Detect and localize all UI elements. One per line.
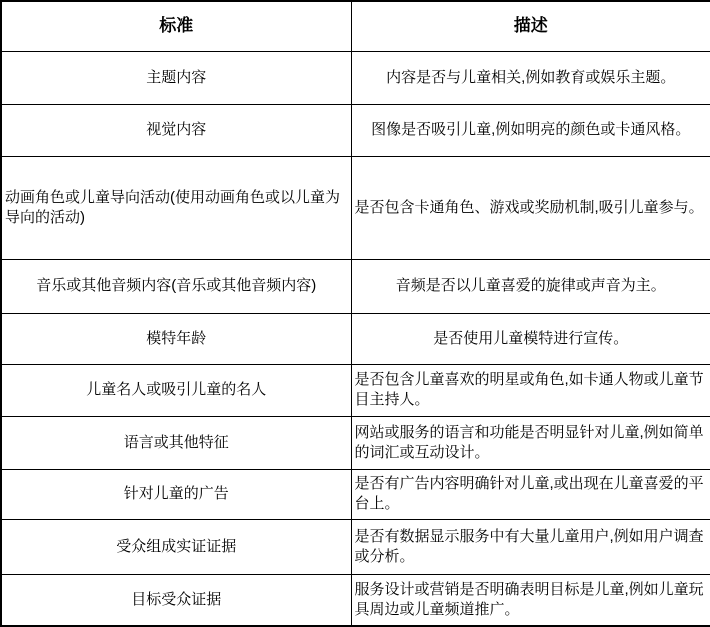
column-header-description: 描述 bbox=[351, 1, 710, 51]
criterion-cell: 针对儿童的广告 bbox=[1, 469, 351, 519]
description-cell: 网站或服务的语言和功能是否明显针对儿童,例如简单的词汇或互动设计。 bbox=[351, 416, 710, 469]
row-6: 儿童名人或吸引儿童的名人 是否包含儿童喜欢的明星或角色,如卡通人物或儿童节目主持… bbox=[1, 364, 710, 416]
description-cell: 是否使用儿童模特进行宣传。 bbox=[351, 313, 710, 364]
description-cell: 内容是否与儿童相关,例如教育或娱乐主题。 bbox=[351, 51, 710, 104]
header-row: 标准 描述 bbox=[1, 1, 710, 51]
row-1: 主题内容 内容是否与儿童相关,例如教育或娱乐主题。 bbox=[1, 51, 710, 104]
row-4: 音乐或其他音频内容(音乐或其他音频内容) 音频是否以儿童喜爱的旋律或声音为主。 bbox=[1, 259, 710, 313]
description-cell: 服务设计或营销是否明确表明目标是儿童,例如儿童玩具周边或儿童频道推广。 bbox=[351, 574, 710, 626]
criterion-cell: 模特年龄 bbox=[1, 313, 351, 364]
column-header-criterion: 标准 bbox=[1, 1, 351, 51]
description-cell: 音频是否以儿童喜爱的旋律或声音为主。 bbox=[351, 259, 710, 313]
criterion-cell: 儿童名人或吸引儿童的名人 bbox=[1, 364, 351, 416]
description-cell: 是否包含儿童喜欢的明星或角色,如卡通人物或儿童节目主持人。 bbox=[351, 364, 710, 416]
criterion-cell: 音乐或其他音频内容(音乐或其他音频内容) bbox=[1, 259, 351, 313]
row-10: 目标受众证据 服务设计或营销是否明确表明目标是儿童,例如儿童玩具周边或儿童频道推… bbox=[1, 574, 710, 626]
row-7: 语言或其他特征 网站或服务的语言和功能是否明显针对儿童,例如简单的词汇或互动设计… bbox=[1, 416, 710, 469]
criterion-cell: 语言或其他特征 bbox=[1, 416, 351, 469]
criterion-cell: 视觉内容 bbox=[1, 104, 351, 156]
description-cell: 是否包含卡通角色、游戏或奖励机制,吸引儿童参与。 bbox=[351, 156, 710, 259]
criteria-table: 标准 描述 主题内容 内容是否与儿童相关,例如教育或娱乐主题。 视觉内容 图像是… bbox=[0, 0, 710, 627]
criterion-cell: 动画角色或儿童导向活动(使用动画角色或以儿童为导向的活动) bbox=[1, 156, 351, 259]
description-cell: 是否有数据显示服务中有大量儿童用户,例如用户调查或分析。 bbox=[351, 519, 710, 574]
row-2: 视觉内容 图像是否吸引儿童,例如明亮的颜色或卡通风格。 bbox=[1, 104, 710, 156]
row-5: 模特年龄 是否使用儿童模特进行宣传。 bbox=[1, 313, 710, 364]
criterion-cell: 受众组成实证证据 bbox=[1, 519, 351, 574]
row-9: 受众组成实证证据 是否有数据显示服务中有大量儿童用户,例如用户调查或分析。 bbox=[1, 519, 710, 574]
row-8: 针对儿童的广告 是否有广告内容明确针对儿童,或出现在儿童喜爱的平台上。 bbox=[1, 469, 710, 519]
description-cell: 是否有广告内容明确针对儿童,或出现在儿童喜爱的平台上。 bbox=[351, 469, 710, 519]
row-3: 动画角色或儿童导向活动(使用动画角色或以儿童为导向的活动) 是否包含卡通角色、游… bbox=[1, 156, 710, 259]
criterion-cell: 主题内容 bbox=[1, 51, 351, 104]
criterion-cell: 目标受众证据 bbox=[1, 574, 351, 626]
description-cell: 图像是否吸引儿童,例如明亮的颜色或卡通风格。 bbox=[351, 104, 710, 156]
